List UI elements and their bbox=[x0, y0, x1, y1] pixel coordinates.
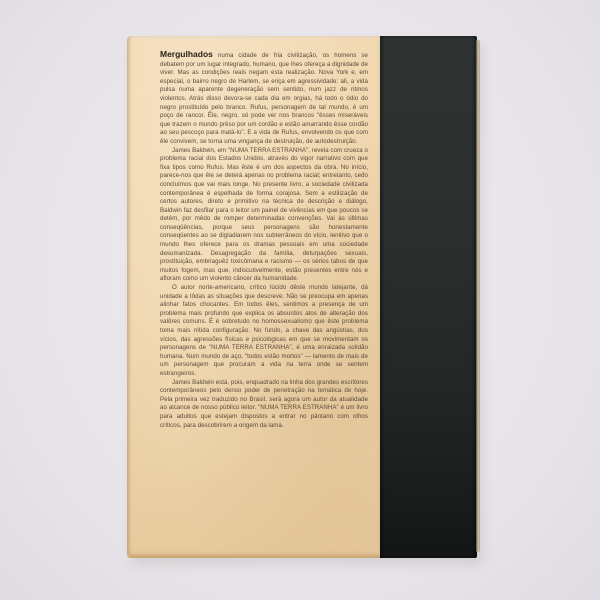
dark-spine-panel bbox=[380, 36, 477, 558]
blurb-paragraph-3: O autor norte-americano, crítico lúcido … bbox=[160, 284, 368, 379]
back-cover-blurb: Mergulhados numa cidade de fria civiliza… bbox=[160, 50, 368, 430]
book: Mergulhados numa cidade de fria civiliza… bbox=[127, 36, 477, 558]
paragraph-text: numa cidade de fria civilização, os home… bbox=[160, 52, 368, 145]
blurb-paragraph-2: James Baldwin, em "NUMA TERRA ESTRANHA",… bbox=[160, 147, 368, 285]
blurb-paragraph-1: Mergulhados numa cidade de fria civiliza… bbox=[160, 50, 368, 147]
page-edges bbox=[476, 40, 480, 552]
blurb-paragraph-4: James Baldwin está, pois, enquadrado na … bbox=[160, 379, 368, 431]
cover-bottom-edge bbox=[127, 554, 381, 558]
back-cover-panel: Mergulhados numa cidade de fria civiliza… bbox=[127, 36, 381, 558]
lead-word: Mergulhados bbox=[160, 49, 213, 59]
